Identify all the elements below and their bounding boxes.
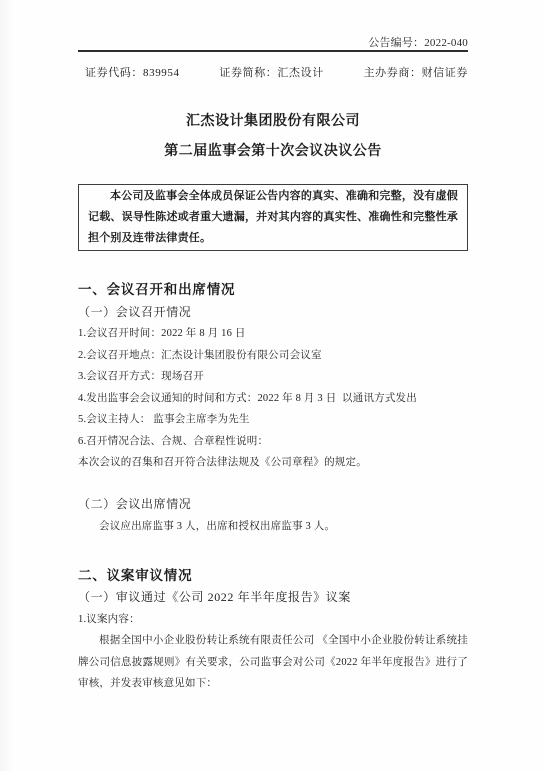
company-name-title: 汇杰设计集团股份有限公司 [78,112,468,131]
meeting-place-line: 2.会议召开地点：汇杰设计集团股份有限公司会议室 [78,345,468,367]
securities-shortname-field: 证券简称：汇杰设计 [219,65,323,82]
attendance-line: 会议应出席监事 3 人，出席和授权出席监事 3 人。 [78,516,468,538]
meeting-time-line: 1.会议召开时间：2022 年 8 月 16 日 [78,323,468,345]
securities-info-row: 证券代码：839954 证券简称：汇杰设计 主办券商：财信证券 [78,65,468,82]
legality-statement-line: 本次会议的召集和召开符合法律法规及《公司章程》的规定。 [78,452,468,474]
meeting-notice-line: 4.发出监事会会议通知的时间和方式：2022 年 8 月 3 日 以通讯方式发出 [78,388,468,410]
proposal-content-paragraph: 根据全国中小企业股份转让系统有限责任公司 《全国中小企业股份转让系统挂牌公司信息… [78,630,468,695]
section-2-1-subheading: （一）审议通过《公司 2022 年半年度报告》议案 [78,587,468,609]
section-1-2-subheading: （二）会议出席情况 [78,494,468,516]
header-divider [78,50,468,52]
meeting-method-line: 3.会议召开方式：现场召开 [78,366,468,388]
announcement-number: 公告编号：2022-040 [78,36,468,50]
sponsor-broker-field: 主办券商：财信证券 [364,65,468,82]
legality-statement-label-line: 6.召开情况合法、合规、合章程性说明： [78,431,468,453]
document-page: 公告编号：2022-040 证券代码：839954 证券简称：汇杰设计 主办券商… [0,0,545,771]
proposal-content-label: 1.议案内容： [78,609,468,631]
section-1-1-subheading: （一）会议召开情况 [78,302,468,324]
meeting-host-line: 5.会议主持人： 监事会主席李为先生 [78,409,468,431]
disclaimer-box: 本公司及监事会全体成员保证公告内容的真实、准确和完整，没有虚假记载、误导性陈述或… [78,184,468,251]
disclaimer-text: 本公司及监事会全体成员保证公告内容的真实、准确和完整，没有虚假记载、误导性陈述或… [88,186,458,248]
securities-code-field: 证券代码：839954 [85,65,180,82]
section-2-heading: 二、议案审议情况 [78,565,468,588]
section-1-heading: 一、会议召开和出席情况 [78,279,468,302]
announcement-title: 第二届监事会第十次会议决议公告 [78,142,468,161]
